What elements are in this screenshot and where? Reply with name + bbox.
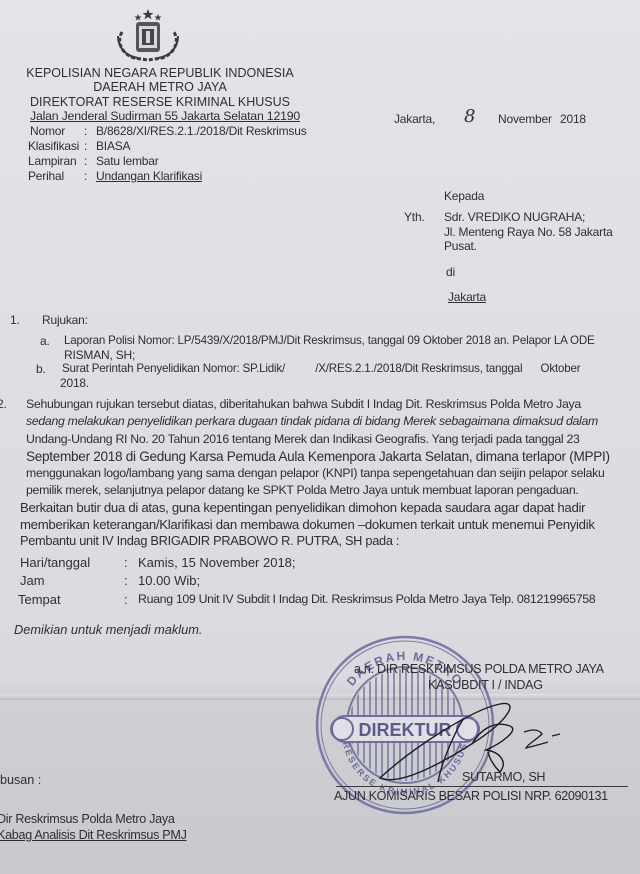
item2-line: menggunakan logo/lambang yang sama denga… [26, 465, 610, 482]
signature-rank: AJUN KOMISARIS BESAR POLISI NRP. 6209013… [334, 789, 608, 803]
recipient-kepada: Kepada [444, 189, 484, 203]
item1a-line2: RISMAN, SH; [64, 348, 135, 362]
schedule-place-sep: : [124, 592, 128, 607]
recipient-di: di [446, 265, 455, 279]
schedule-time-sep: : [124, 573, 128, 588]
schedule-day-sep: : [124, 555, 128, 570]
schedule-place-value: Ruang 109 Unit IV Subdit I Indag Dit. Re… [138, 592, 595, 606]
schedule-day-value: Kamis, 15 November 2018; [138, 555, 296, 570]
recipient-yth: Yth. [404, 210, 425, 224]
lampiran-value: Satu lembar [96, 154, 159, 168]
perihal-label: Perihal [28, 169, 64, 183]
schedule-time-label: Jam [20, 573, 45, 588]
item2-line: sedang melakukan penyelidikan perkara du… [26, 413, 610, 430]
item2-line: Sehubungan rujukan tersebut diatas, dibe… [26, 396, 610, 413]
item2-line: pemilik merek, selanjutnya pelapor datan… [26, 482, 610, 499]
schedule-place-label: Tempat [18, 592, 61, 607]
recipient-name: Sdr. VREDIKO NUGRAHA; [444, 210, 585, 224]
item2-paragraph: Sehubungan rujukan tersebut diatas, dibe… [26, 396, 610, 500]
perihal-value: Undangan Klarifikasi [96, 169, 202, 183]
item1-title: Rujukan: [42, 313, 88, 327]
schedule-day-label: Hari/tanggal [20, 555, 90, 570]
item1b-line2: 2018. [60, 376, 89, 390]
recipient-address-1: Jl. Menteng Raya No. 58 Jakarta [444, 225, 613, 239]
item3-line: Berkaitan butir dua di atas, guna kepent… [20, 500, 595, 517]
cc-title: busan : [0, 773, 41, 787]
date-day: 8 [464, 106, 475, 127]
perihal-sep: : [84, 169, 87, 183]
signature-on-behalf: a.n. DIR RESKRIMSUS POLDA METRO JAYA [354, 662, 604, 676]
item2-line: September 2018 di Gedung Karsa Pemuda Au… [26, 448, 610, 465]
klasifikasi-sep: : [84, 139, 87, 153]
nomor-value: B/8628/XI/RES.2.1./2018/Dit Reskrimsus [96, 124, 307, 138]
cc-line1: Dir Reskrimsus Polda Metro Jaya [0, 812, 175, 826]
letterhead-line1: KEPOLISIAN NEGARA REPUBLIK INDONESIA [0, 66, 320, 80]
recipient-address-2: Pusat. [444, 239, 477, 253]
date-month: November [498, 112, 552, 126]
item3-line: memberikan keterangan/Klarifikasi dan me… [20, 517, 595, 534]
cc-line2: Kabag Analisis Dit Reskrimsus PMJ [0, 828, 187, 842]
item1b-line1: Surat Perintah Penyelidikan Nomor: SP.Li… [62, 362, 580, 375]
closing-text: Demikian untuk menjadi maklum. [14, 622, 202, 637]
schedule-time-value: 10.00 Wib; [138, 573, 200, 588]
klasifikasi-value: BIASA [96, 139, 130, 153]
nomor-sep: : [84, 124, 87, 138]
letterhead-line2: DAERAH METRO JAYA [0, 80, 320, 94]
signature-underline [336, 786, 628, 787]
item1a-line1: Laporan Polisi Nomor: LP/5439/X/2018/PMJ… [64, 334, 595, 347]
item3-paragraph: Berkaitan butir dua di atas, guna kepent… [20, 500, 595, 550]
signature-name: SUTARMO, SH [462, 770, 545, 784]
letterhead-line3: DIREKTORAT RESERSE KRIMINAL KHUSUS [0, 95, 320, 109]
nomor-label: Nomor [30, 124, 65, 138]
item2-number: 2. [0, 397, 7, 411]
item1-number: 1. [10, 313, 20, 327]
item1a-label: a. [40, 334, 50, 348]
date-city: Jakarta, [394, 112, 435, 126]
police-emblem-icon [108, 8, 188, 62]
item2-line: Undang-Undang RI No. 20 Tahun 2016 tenta… [26, 431, 610, 448]
klasifikasi-label: Klasifikasi [28, 139, 79, 153]
date-year: 2018 [560, 112, 586, 126]
recipient-city: Jakarta [448, 290, 486, 304]
item1b-label: b. [36, 362, 46, 376]
item3-line: Pembantu unit IV Indag BRIGADIR PRABOWO … [20, 533, 595, 550]
lampiran-sep: : [84, 154, 87, 168]
letterhead-address: Jalan Jenderal Sudirman 55 Jakarta Selat… [30, 109, 300, 123]
lampiran-label: Lampiran [28, 154, 76, 168]
